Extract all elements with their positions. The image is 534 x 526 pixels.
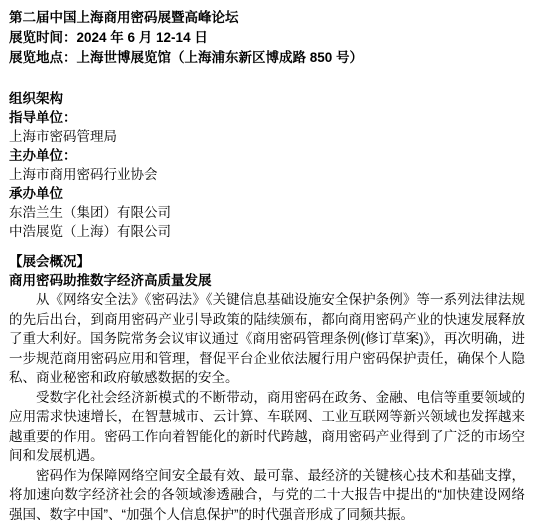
organizer-value: 东浩兰生（集团）有限公司 [9,203,525,222]
doc-title: 第二届中国上海商用密码展暨高峰论坛 [9,8,525,28]
overview-section-heading: 【展会概况】 [9,252,525,271]
exhibition-venue: 展览地点：上海世博展览馆（上海浦东新区博成路 850 号） [9,48,525,68]
overview-paragraph: 密码作为保障网络空间安全最有效、最可靠、最经济的关键核心技术和基础支撑，将加速向… [9,466,525,525]
host-unit-label: 主办单位： [9,146,525,165]
exhibition-time: 展览时间：2024 年 6 月 12-14 日 [9,28,525,48]
overview-subheading: 商用密码助推数字经济高质量发展 [9,271,525,290]
overview-section: 【展会概况】 商用密码助推数字经济高质量发展 从《网络安全法》《密码法》《关键信… [9,252,525,524]
host-unit-value: 上海市商用密码行业协会 [9,165,525,184]
overview-paragraph: 受数字化社会经济新模式的不断带动，商用密码在政务、金融、电信等重要领域的应用需求… [9,388,525,466]
document: 第二届中国上海商用密码展暨高峰论坛 展览时间：2024 年 6 月 12-14 … [0,0,534,526]
document-header: 第二届中国上海商用密码展暨高峰论坛 展览时间：2024 年 6 月 12-14 … [9,8,525,68]
organizer-value: 中浩展览（上海）有限公司 [9,222,525,241]
organization-section: 组织架构 指导单位： 上海市密码管理局 主办单位： 上海市商用密码行业协会 承办… [9,89,525,241]
guide-unit-label: 指导单位： [9,108,525,127]
org-structure-heading: 组织架构 [9,89,525,108]
organizer-label: 承办单位 [9,184,525,203]
overview-paragraph: 从《网络安全法》《密码法》《关键信息基础设施安全保护条例》等一系列法律法规的先后… [9,290,525,388]
guide-unit-value: 上海市密码管理局 [9,127,525,146]
